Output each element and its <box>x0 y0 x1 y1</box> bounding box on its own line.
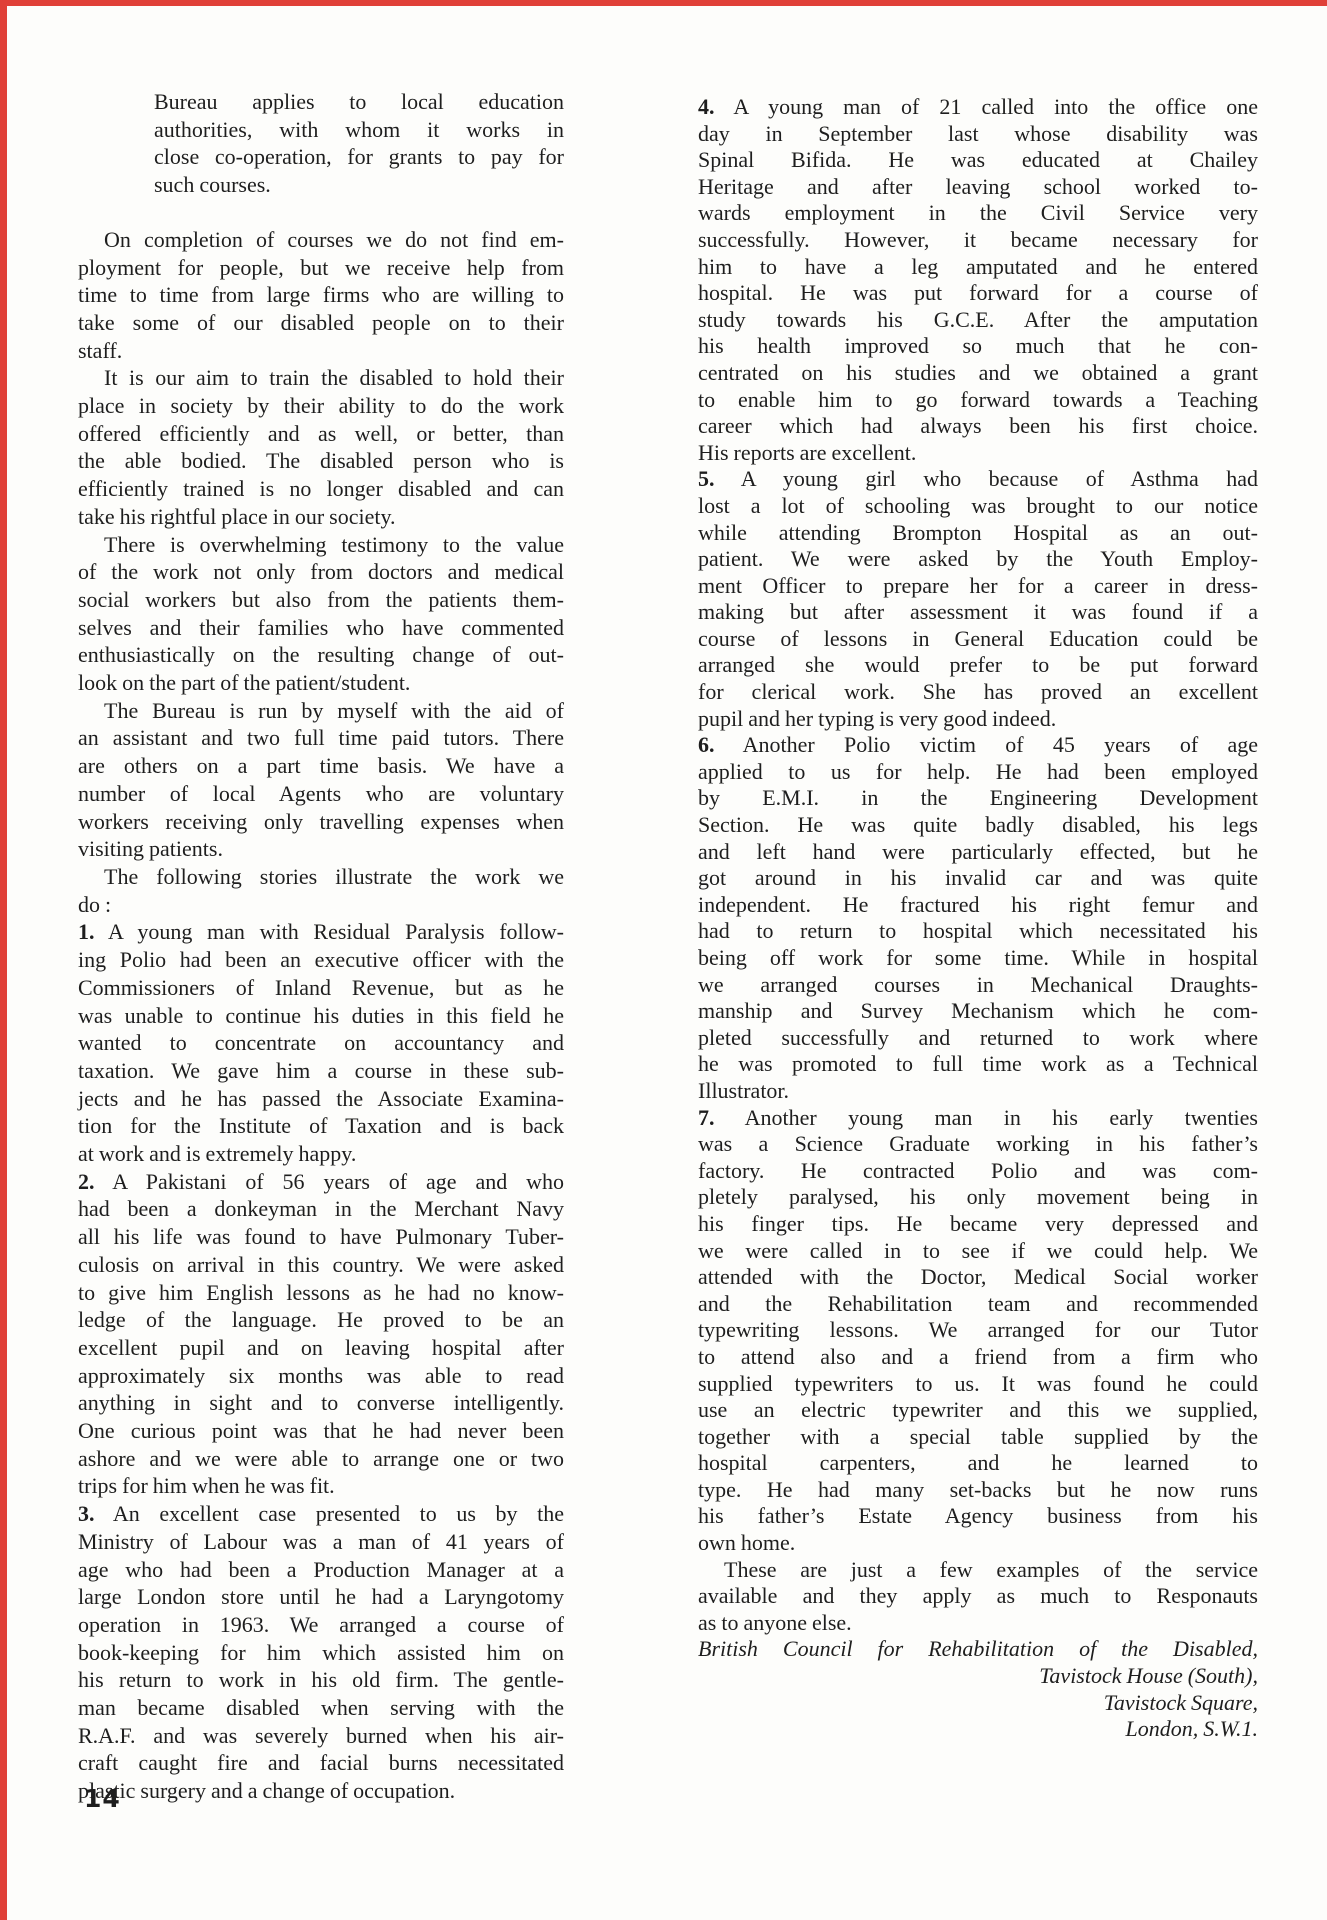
text-line: we were called in to see if we could hel… <box>698 1238 1258 1265</box>
text-line: had been a donkeyman in the Merchant Nav… <box>78 1195 564 1223</box>
scan-edge-top <box>0 0 1327 6</box>
text-line: take some of our disabled people on to t… <box>78 309 564 337</box>
text-line: we arranged courses in Mechanical Draugh… <box>698 972 1258 999</box>
text-line: 7. Another young man in his early twenti… <box>698 1105 1258 1132</box>
right-column: 4. A young man of 21 called into the off… <box>698 94 1258 1743</box>
text-line: lost a lot of schooling was brought to o… <box>698 493 1258 520</box>
text-line: at work and is extremely happy. <box>78 1140 564 1168</box>
text-line: the able bodied. The disabled person who… <box>78 447 564 475</box>
text-line: place in society by their ability to do … <box>78 392 564 420</box>
text-line: was a Science Graduate working in his fa… <box>698 1131 1258 1158</box>
text-line: taxation. We gave him a course in these … <box>78 1057 564 1085</box>
text-line: time to time from large firms who are wi… <box>78 281 564 309</box>
text-line: R.A.F. and was severely burned when his … <box>78 1722 564 1750</box>
scanned-page: Bureau applies to local educationauthori… <box>0 0 1327 1920</box>
text-line: successfully. However, it became necessa… <box>698 227 1258 254</box>
text-line: ment Officer to prepare her for a career… <box>698 573 1258 600</box>
text-line: study towards his G.C.E. After the amput… <box>698 307 1258 334</box>
text-line: culosis on arrival in this country. We w… <box>78 1251 564 1279</box>
text-line: On completion of courses we do not find … <box>78 226 564 254</box>
text-line: visiting patients. <box>78 835 564 863</box>
text-line: hospital. He was put forward for a cours… <box>698 280 1258 307</box>
paragraph-testimony: There is overwhelming testimony to the v… <box>78 531 564 697</box>
text-line: attended with the Doctor, Medical Social… <box>698 1264 1258 1291</box>
item-number: 5. <box>698 466 715 491</box>
case-story-7: 7. Another young man in his early twenti… <box>698 1105 1258 1557</box>
text-line: course of lessons in General Education c… <box>698 626 1258 653</box>
text-line: to enable him to go forward towards a Te… <box>698 387 1258 414</box>
text-line: His reports are excellent. <box>698 440 1258 467</box>
text-line: trips for him when he was fit. <box>78 1472 564 1500</box>
text-line: arranged she would prefer to be put forw… <box>698 652 1258 679</box>
text-line: jects and he has passed the Associate Ex… <box>78 1085 564 1113</box>
text-line: such courses. <box>154 171 564 199</box>
text-line: Illustrator. <box>698 1078 1258 1105</box>
text-line: take his rightful place in our society. <box>78 503 564 531</box>
text-line: ing Polio had been an executive officer … <box>78 946 564 974</box>
text-line: own home. <box>698 1530 1258 1557</box>
text-line: career which had always been his first c… <box>698 413 1258 440</box>
text-line: 3. An excellent case presented to us by … <box>78 1500 564 1528</box>
text-line: tion for the Institute of Taxation and i… <box>78 1112 564 1140</box>
text-line: ployment for people, but we receive help… <box>78 254 564 282</box>
text-line: 2. A Pakistani of 56 years of age and wh… <box>78 1168 564 1196</box>
text-line: One curious point was that he had never … <box>78 1417 564 1445</box>
case-story-6: 6. Another Polio victim of 45 years of a… <box>698 732 1258 1104</box>
case-story-5: 5. A young girl who because of Asthma ha… <box>698 466 1258 732</box>
text-line: enthusiastically on the resulting change… <box>78 641 564 669</box>
text-line: 6. Another Polio victim of 45 years of a… <box>698 732 1258 759</box>
paragraph-our-aim: It is our aim to train the disabled to h… <box>78 364 564 530</box>
text-line: an assistant and two full time paid tuto… <box>78 724 564 752</box>
text-line: workers receiving only travelling expens… <box>78 808 564 836</box>
attribution: British Council for Rehabilitation of th… <box>698 1636 1258 1742</box>
text-line: and left hand were particularly effected… <box>698 839 1258 866</box>
text-line: day in September last whose disability w… <box>698 121 1258 148</box>
text-line: social workers but also from the patient… <box>78 586 564 614</box>
text-line: These are just a few examples of the ser… <box>698 1557 1258 1584</box>
text-line: Commissioners of Inland Revenue, but as … <box>78 974 564 1002</box>
text-line: 1. A young man with Residual Paralysis f… <box>78 918 564 946</box>
paragraph-following-stories: The following stories illustrate the wor… <box>78 863 564 918</box>
text-line: There is overwhelming testimony to the v… <box>78 531 564 559</box>
text-line: ashore and we were able to arrange one o… <box>78 1445 564 1473</box>
text-line: 4. A young man of 21 called into the off… <box>698 94 1258 121</box>
text-line: ledge of the language. He proved to be a… <box>78 1306 564 1334</box>
text-line: all his life was found to have Pulmonary… <box>78 1223 564 1251</box>
text-line: for clerical work. She has proved an exc… <box>698 679 1258 706</box>
text-line: his finger tips. He became very depresse… <box>698 1211 1258 1238</box>
text-line: his return to work in his old firm. The … <box>78 1666 564 1694</box>
text-line: operation in 1963. We arranged a course … <box>78 1611 564 1639</box>
text-line: selves and their families who have comme… <box>78 614 564 642</box>
text-line: hospital carpenters, and he learned to <box>698 1450 1258 1477</box>
text-line: manship and Survey Mechanism which he co… <box>698 998 1258 1025</box>
text-line: offered efficiently and as well, or bett… <box>78 420 564 448</box>
text-line: wards employment in the Civil Service ve… <box>698 200 1258 227</box>
text-line: together with a special table supplied b… <box>698 1424 1258 1451</box>
text-line: being off work for some time. While in h… <box>698 945 1258 972</box>
text-line: British Council for Rehabilitation of th… <box>698 1636 1258 1663</box>
text-line: supplied typewriters to us. It was found… <box>698 1371 1258 1398</box>
text-line: his father’s Estate Agency business from… <box>698 1503 1258 1530</box>
text-line: staff. <box>78 337 564 365</box>
text-line: do : <box>78 891 564 919</box>
text-line: wanted to concentrate on accountancy and <box>78 1029 564 1057</box>
text-line: pupil and her typing is very good indeed… <box>698 706 1258 733</box>
text-line: number of local Agents who are voluntary <box>78 780 564 808</box>
text-line: excellent pupil and on leaving hospital … <box>78 1334 564 1362</box>
paragraph-bureau-staff: The Bureau is run by myself with the aid… <box>78 697 564 863</box>
text-line: London, S.W.1. <box>698 1716 1258 1743</box>
continued-indented-item: Bureau applies to local educationauthori… <box>154 88 564 199</box>
text-line: pletely paralysed, his only movement bei… <box>698 1184 1258 1211</box>
text-line: of the work not only from doctors and me… <box>78 558 564 586</box>
text-line: use an electric typewriter and this we s… <box>698 1397 1258 1424</box>
text-line: 5. A young girl who because of Asthma ha… <box>698 466 1258 493</box>
text-line: Tavistock House (South), <box>698 1663 1258 1690</box>
text-line: It is our aim to train the disabled to h… <box>78 364 564 392</box>
closing-paragraph: These are just a few examples of the ser… <box>698 1557 1258 1637</box>
text-line: as to anyone else. <box>698 1610 1258 1637</box>
item-number: 1. <box>78 919 95 944</box>
text-line: typewriting lessons. We arranged for our… <box>698 1317 1258 1344</box>
item-number: 7. <box>698 1105 715 1130</box>
text-line: while attending Brompton Hospital as an … <box>698 520 1258 547</box>
text-line: by E.M.I. in the Engineering Development <box>698 785 1258 812</box>
case-story-4: 4. A young man of 21 called into the off… <box>698 94 1258 466</box>
text-line: authorities, with whom it works in <box>154 116 564 144</box>
text-line: man became disabled when serving with th… <box>78 1694 564 1722</box>
text-line: got around in his invalid car and was qu… <box>698 865 1258 892</box>
text-line: look on the part of the patient/student. <box>78 669 564 697</box>
text-line: type. He had many set-backs but he now r… <box>698 1477 1258 1504</box>
text-line: large London store until he had a Laryng… <box>78 1583 564 1611</box>
text-line: independent. He fractured his right femu… <box>698 892 1258 919</box>
text-line: his health improved so much that he con- <box>698 333 1258 360</box>
text-line: close co-operation, for grants to pay fo… <box>154 143 564 171</box>
text-line: available and they apply as much to Resp… <box>698 1583 1258 1610</box>
text-line: centrated on his studies and we obtained… <box>698 360 1258 387</box>
text-line: Tavistock Square, <box>698 1690 1258 1717</box>
text-line: was unable to continue his duties in thi… <box>78 1002 564 1030</box>
item-number: 2. <box>78 1169 95 1194</box>
text-line: had to return to hospital which necessit… <box>698 918 1258 945</box>
text-line: applied to us for help. He had been empl… <box>698 759 1258 786</box>
text-line: pleted successfully and returned to work… <box>698 1025 1258 1052</box>
text-line: him to have a leg amputated and he enter… <box>698 254 1258 281</box>
text-line: The Bureau is run by myself with the aid… <box>78 697 564 725</box>
text-line: plastic surgery and a change of occupati… <box>78 1777 564 1805</box>
text-line: book-keeping for him which assisted him … <box>78 1639 564 1667</box>
text-line: Bureau applies to local education <box>154 88 564 116</box>
left-column: Bureau applies to local educationauthori… <box>78 88 564 1805</box>
text-line: patient. We were asked by the Youth Empl… <box>698 546 1258 573</box>
text-line: to give him English lessons as he had no… <box>78 1279 564 1307</box>
page-number: 14 <box>84 1784 121 1813</box>
paragraph-on-completion: On completion of courses we do not find … <box>78 226 564 365</box>
text-line: Ministry of Labour was a man of 41 years… <box>78 1528 564 1556</box>
text-line: efficiently trained is no longer disable… <box>78 475 564 503</box>
text-line: The following stories illustrate the wor… <box>78 863 564 891</box>
case-story-3: 3. An excellent case presented to us by … <box>78 1500 564 1805</box>
text-line: making but after assessment it was found… <box>698 599 1258 626</box>
text-line: Heritage and after leaving school worked… <box>698 174 1258 201</box>
text-line: Spinal Bifida. He was educated at Chaile… <box>698 147 1258 174</box>
item-number: 4. <box>698 94 715 119</box>
text-line: craft caught fire and facial burns neces… <box>78 1749 564 1777</box>
item-number: 3. <box>78 1501 95 1526</box>
text-line: are others on a part time basis. We have… <box>78 752 564 780</box>
scan-edge-left <box>0 0 7 1920</box>
text-line: anything in sight and to converse intell… <box>78 1389 564 1417</box>
text-line: factory. He contracted Polio and was com… <box>698 1158 1258 1185</box>
text-line: to attend also and a friend from a firm … <box>698 1344 1258 1371</box>
text-line: Section. He was quite badly disabled, hi… <box>698 812 1258 839</box>
text-line: approximately six months was able to rea… <box>78 1362 564 1390</box>
case-story-1: 1. A young man with Residual Paralysis f… <box>78 918 564 1167</box>
item-number: 6. <box>698 732 715 757</box>
text-line: age who had been a Production Manager at… <box>78 1556 564 1584</box>
case-story-2: 2. A Pakistani of 56 years of age and wh… <box>78 1168 564 1500</box>
text-line: he was promoted to full time work as a T… <box>698 1051 1258 1078</box>
text-line: and the Rehabilitation team and recommen… <box>698 1291 1258 1318</box>
